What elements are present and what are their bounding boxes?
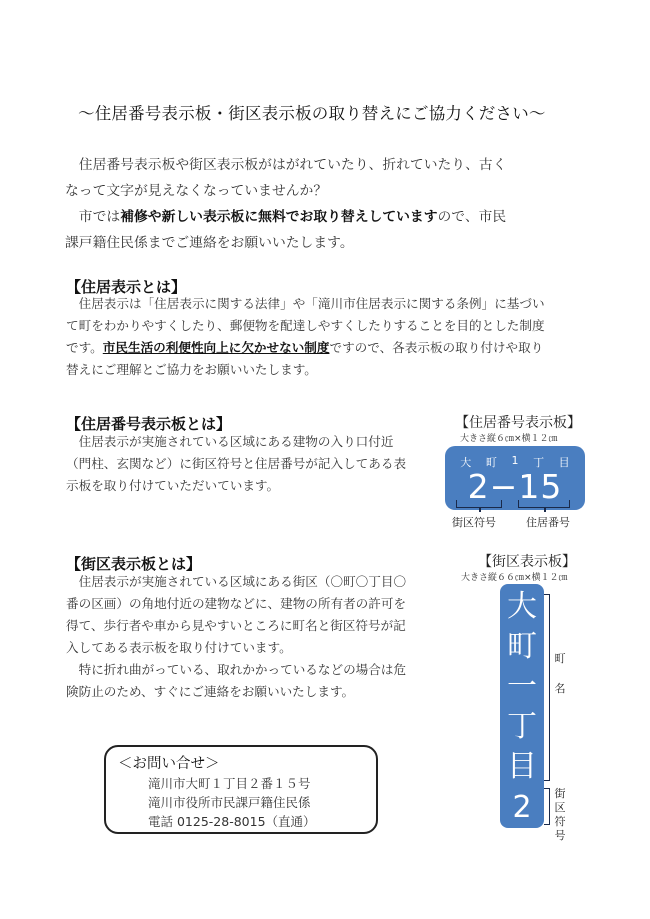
label-block-code: 街区符号 xyxy=(452,514,496,530)
body-line: 得て、歩行者や車から見やすいところに町名と街区符号が記 xyxy=(66,615,441,637)
label-house-number: 住居番号 xyxy=(526,514,570,530)
sign-gaiku-illustration: 大 町 一 丁 目 2 xyxy=(500,584,544,828)
body-line: 入してある表示板を取り付けています。 xyxy=(66,637,441,659)
contact-phone: 電話 0125-28-8015（直通） xyxy=(148,812,316,830)
section-body-bango: 住居表示が実施されている区域にある建物の入り口付近 （門柱、玄関など）に街区符号… xyxy=(66,431,441,497)
bracket-block-code xyxy=(544,788,550,825)
label-char: 街 xyxy=(554,787,566,801)
intro-emphasis: 補修や新しい表示板に無料でお取り替えしています xyxy=(120,209,437,225)
sign-bango-size: 大きさ縦６㎝×横１２㎝ xyxy=(460,431,558,444)
sign-char: 丁 xyxy=(500,710,544,744)
intro-line: なって文字が見えなくなっていませんか？ xyxy=(65,178,595,204)
sign-char: 町 xyxy=(500,630,544,664)
contact-address: 滝川市大町１丁目２番１５号 xyxy=(148,774,311,792)
label-block-code: 街 区 符 号 xyxy=(554,787,566,843)
body-line: 番の区画）の角地付近の建物などに、建物の所有者の許可を xyxy=(66,593,441,615)
body-line: 示板を取り付けていただいています。 xyxy=(66,475,441,497)
label-town-name: 町 名 xyxy=(554,652,566,696)
label-char: 符 xyxy=(554,815,566,829)
body-line: 住居表示が実施されている区域にある街区（〇町〇丁目〇 xyxy=(79,574,406,589)
body-line: 替えにご理解とご協力をお願いいたします。 xyxy=(66,359,596,381)
label-char: 町 xyxy=(554,652,566,666)
section-body-gaiku: 住居表示が実施されている区域にある街区（〇町〇丁目〇 番の区画）の角地付近の建物… xyxy=(66,571,441,703)
sign-char: 目 xyxy=(500,750,544,784)
sign-char: 一 xyxy=(500,670,544,704)
sign-gaiku-size: 大きさ縦６６㎝×横１２㎝ xyxy=(461,570,568,583)
label-char: 号 xyxy=(554,829,566,843)
body-line: て町をわかりやすくしたり、郵便物を配達しやすくしたりすることを目的とした制度 xyxy=(66,315,596,337)
intro-line: ので、市民 xyxy=(438,209,507,225)
body-line: 住居表示が実施されている区域にある建物の入り口付近 xyxy=(79,434,394,449)
section-body-jukyo: 住居表示は「住居表示に関する法律」や「滝川市住居表示に関する条例」に基づい て町… xyxy=(66,293,596,381)
sign-char: 大 xyxy=(500,590,544,624)
intro-line: 市では xyxy=(79,209,120,225)
body-line: 特に折れ曲がっている、取れかかっているなどの場合は危 xyxy=(79,662,406,677)
underlined-emphasis: 市民生活の利便性向上に欠かせない制度 xyxy=(103,340,330,355)
intro-line: 住居番号表示板や街区表示板がはがれていたり、折れていたり、古く xyxy=(79,157,507,173)
body-line: （門柱、玄関など）に街区符号と住居番号が記入してある表 xyxy=(66,453,441,475)
body-line: ですので、各表示板の取り付けや取り xyxy=(329,340,543,355)
contact-box: ＜お問い合せ＞ 滝川市大町１丁目２番１５号 滝川市役所市民課戸籍住民係 電話 0… xyxy=(104,745,378,834)
label-char: 名 xyxy=(554,682,566,696)
bracket-house-number xyxy=(518,500,570,508)
intro-line: 課戸籍住民係までご連絡をお願いいたします。 xyxy=(65,230,595,256)
sign-gaiku-title: 【街区表示板】 xyxy=(478,551,576,571)
body-line: です。 xyxy=(66,340,103,355)
body-line: 住居表示は「住居表示に関する法律」や「滝川市住居表示に関する条例」に基づい xyxy=(79,296,545,311)
intro-paragraph: 住居番号表示板や街区表示板がはがれていたり、折れていたり、古く なって文字が見え… xyxy=(65,152,595,256)
contact-department: 滝川市役所市民課戸籍住民係 xyxy=(148,793,311,811)
label-char: 区 xyxy=(554,801,566,815)
bracket-town-name xyxy=(544,594,550,781)
bracket-block-code xyxy=(456,500,502,508)
body-line: 険防止のため、すぐにご連絡をお願いいたします。 xyxy=(66,681,441,703)
sign-bango-title: 【住居番号表示板】 xyxy=(455,412,581,432)
contact-heading: ＜お問い合せ＞ xyxy=(118,752,220,773)
page-title: 〜住居番号表示板・街区表示板の取り替えにご協力ください〜 xyxy=(78,100,578,124)
sign-char: 2 xyxy=(500,791,544,825)
